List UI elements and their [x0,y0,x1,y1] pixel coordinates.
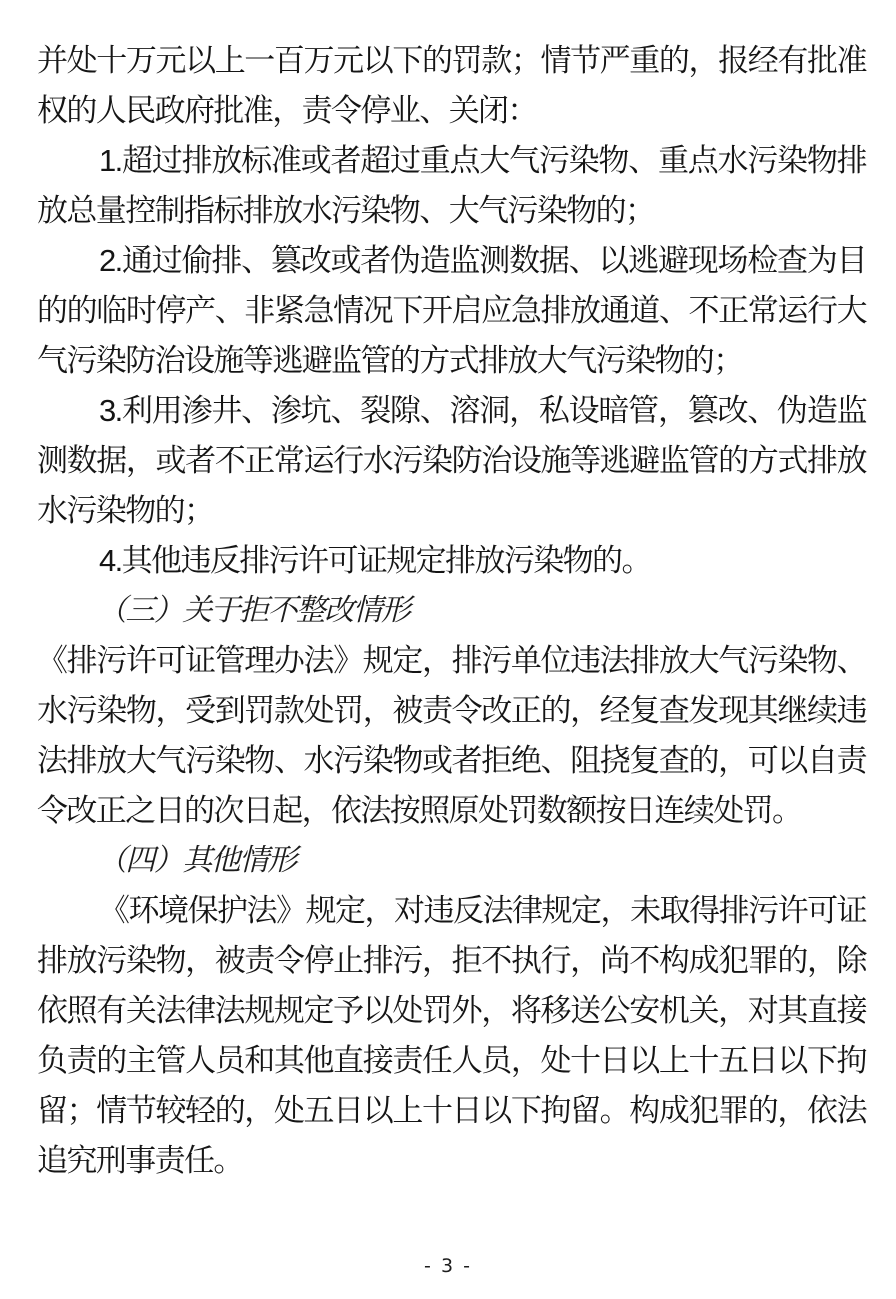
list-item-3: 3.利用渗井、渗坑、裂隙、溶洞，私设暗管，篡改、伪造监测数据，或者不正常运行水污… [37,386,866,536]
list-item-1: 1.超过排放标准或者超过重点大气污染物、重点水污染物排放总量控制指标排放水污染物… [37,136,866,236]
section-heading-four: （四）其他情形 [37,836,866,886]
list-item-4: 4.其他违反排污许可证规定排放污染物的。 [37,536,866,586]
page-footer: - 3 - [0,1255,896,1277]
document-page: 并处十万元以上一百万元以下的罚款；情节严重的，报经有批准权的人民政府批准，责令停… [0,0,896,1299]
paragraph-environment-law: 《环境保护法》规定，对违反法律规定，未取得排污许可证排放污染物，被责令停止排污，… [37,886,866,1186]
section-heading-three: （三）关于拒不整改情形 [37,586,866,636]
list-item-2: 2.通过偷排、篡改或者伪造监测数据、以逃避现场检查为目的的临时停产、非紧急情况下… [37,236,866,386]
page-number: - 3 - [424,1255,472,1277]
document-body: 并处十万元以上一百万元以下的罚款；情节严重的，报经有批准权的人民政府批准，责令停… [37,36,866,1186]
paragraph-permit-measures: 《排污许可证管理办法》规定，排污单位违法排放大气污染物、水污染物，受到罚款处罚，… [37,636,866,836]
paragraph-penalty-continuation: 并处十万元以上一百万元以下的罚款；情节严重的，报经有批准权的人民政府批准，责令停… [37,36,866,136]
